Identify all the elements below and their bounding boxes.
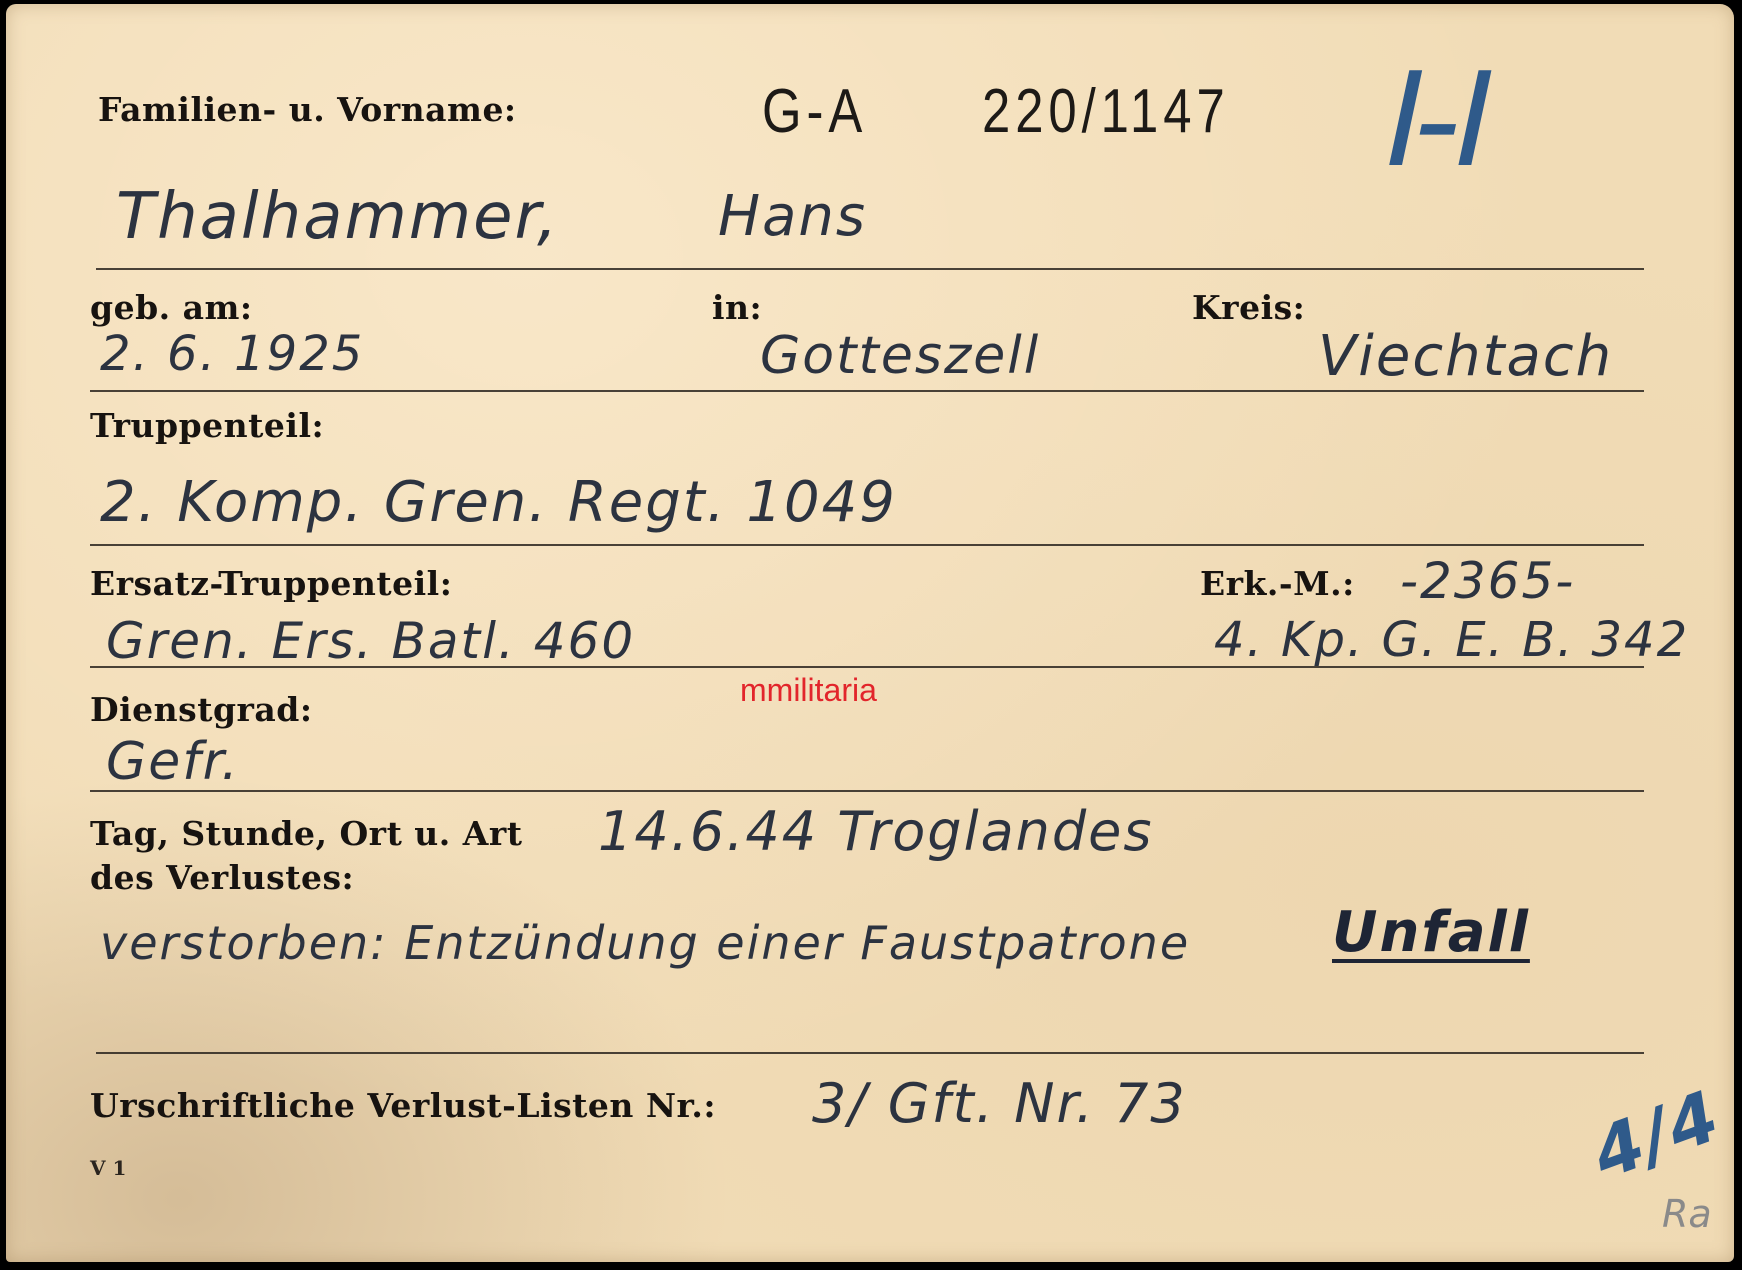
loss-record-card: Familien- u. Vorname: G-A 220/1147 I-I T… xyxy=(6,4,1734,1262)
replacement-unit-value: Gren. Ers. Batl. 460 xyxy=(106,612,635,670)
rule-replacement xyxy=(90,666,1644,668)
surname-value: Thalhammer, xyxy=(116,180,559,254)
watermark: mmilitaria xyxy=(740,672,877,709)
loss-date-place-value: 14.6.44 Troglandes xyxy=(598,800,1154,863)
id-tag-label: Erk.-M.: xyxy=(1200,564,1355,603)
rule-birth xyxy=(90,390,1644,392)
loss-list-label: Urschriftliche Verlust-Listen Nr.: xyxy=(90,1086,716,1125)
bottom-right-blue-mark: 4/4 xyxy=(1582,1074,1731,1195)
rule-loss xyxy=(96,1052,1644,1054)
form-code: V 1 xyxy=(90,1156,126,1180)
loss-label-line2: des Verlustes: xyxy=(90,858,354,897)
pencil-initials: Ra xyxy=(1662,1192,1712,1236)
loss-description-value: verstorben: Entzündung einer Faustpatron… xyxy=(100,916,1190,970)
birth-date-label: geb. am: xyxy=(90,288,253,327)
replacement-unit-label: Ersatz-Truppenteil: xyxy=(90,564,452,603)
given-name-value: Hans xyxy=(718,184,867,249)
birth-place-value: Gotteszell xyxy=(760,326,1040,386)
name-label: Familien- u. Vorname: xyxy=(98,90,517,129)
blue-roman-mark: I-I xyxy=(1370,44,1502,196)
file-number: 220/1147 xyxy=(982,76,1230,147)
loss-label-line1: Tag, Stunde, Ort u. Art xyxy=(90,814,523,853)
unit-value: 2. Komp. Gren. Regt. 1049 xyxy=(100,470,897,535)
district-value: Viechtach xyxy=(1318,324,1613,389)
id-tag-unit-value: 4. Kp. G. E. B. 342 xyxy=(1214,612,1689,668)
rank-label: Dienstgrad: xyxy=(90,690,313,729)
unit-label: Truppenteil: xyxy=(90,406,324,445)
file-number-prefix: G-A xyxy=(762,76,867,147)
rule-name xyxy=(96,268,1644,270)
birth-date-value: 2. 6. 1925 xyxy=(100,326,364,382)
district-label: Kreis: xyxy=(1192,288,1305,327)
rule-unit xyxy=(90,544,1644,546)
loss-list-value: 3/ Gft. Nr. 73 xyxy=(812,1072,1187,1135)
id-tag-value: -2365- xyxy=(1400,552,1575,610)
loss-type-value: Unfall xyxy=(1332,900,1530,965)
rank-value: Gefr. xyxy=(106,732,240,792)
rule-rank xyxy=(90,790,1644,792)
birth-place-label: in: xyxy=(712,288,762,327)
